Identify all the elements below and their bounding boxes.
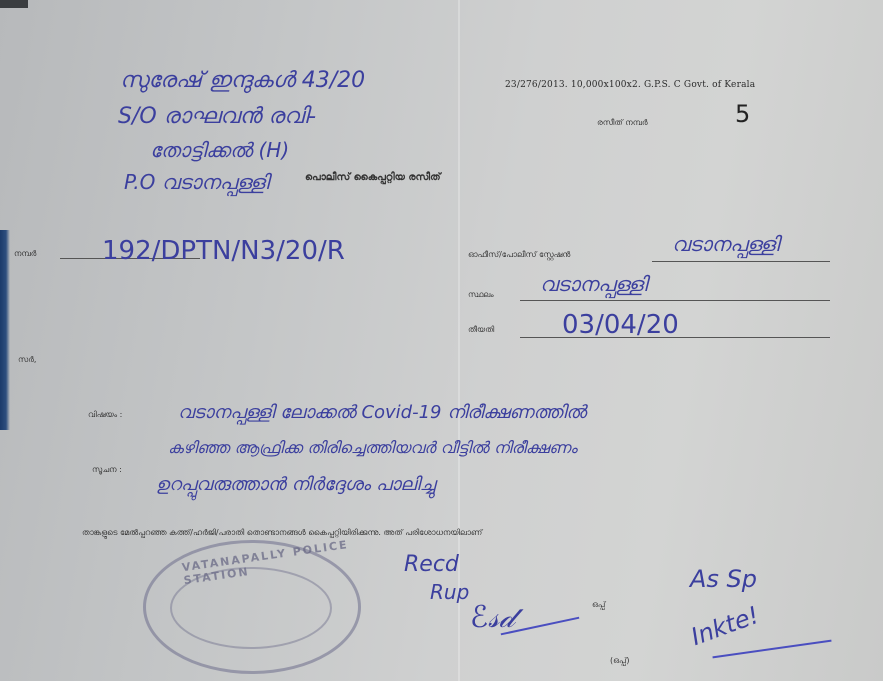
signature-label: ഒപ്പ് (592, 600, 605, 610)
office-label: ഓഫീസ്/പോലീസ് സ്റ്റേഷൻ (468, 250, 570, 260)
background-edge (0, 230, 10, 430)
office-value: വടാനപ്പള്ളി (672, 232, 779, 256)
received-signature-2: Rup (430, 580, 469, 604)
received-signature-scrawl: ℰ𝓈𝒹 (470, 600, 514, 635)
receipt-number-label: രസീത് നമ്പർ (597, 118, 648, 128)
officer-signature-stroke (712, 640, 831, 659)
place-value: വടാനപ്പള്ളി (540, 272, 647, 296)
paper-fold (458, 0, 460, 681)
place-label: സ്ഥലം (468, 290, 494, 300)
address-line-1: സുരേഷ് ഇന്ദുകൾ 43/20 (120, 68, 365, 93)
salutation: സർ, (18, 355, 36, 365)
designation-label: (ഒപ്പ്) (610, 656, 630, 666)
seal-inner-ring (170, 567, 332, 649)
office-rule (652, 261, 830, 262)
form-title: പൊലീസ് കൈപ്പറ്റിയ രസീത് (305, 172, 441, 183)
subject-label: വിഷയം : (88, 410, 122, 420)
date-label: തീയതി (468, 325, 494, 335)
officer-signature-1: As Sp (690, 565, 757, 593)
receipt-paper: സുരേഷ് ഇന്ദുകൾ 43/20 S/O രാഘവൻ രവി- തോട്… (0, 0, 883, 681)
subject-line-2: കഴിഞ്ഞ ആഫ്രിക്ക തിരിച്ചെത്തിയവർ വീട്ടിൽ … (168, 438, 577, 458)
address-line-2: S/O രാഘവൻ രവി- (118, 104, 316, 129)
subject-line-3: ഉറപ്പുവരുത്താൻ നിർദ്ദേശം പാലിച്ചു (156, 474, 435, 495)
received-signature-1: Recd (404, 552, 459, 577)
police-station-seal: VATANAPALLY POLICE STATION (143, 540, 361, 674)
officer-signature-2: Inkte! (687, 601, 762, 651)
print-info: 23/276/2013. 10,000x100x2. G.P.S. C Govt… (505, 80, 755, 90)
subject-line-1: വടാനപ്പള്ളി ലോക്കൽ Covid-19 നിരീക്ഷണത്തി… (178, 402, 586, 423)
address-line-3: തോട്ടിക്കൽ (H) (150, 138, 289, 162)
date-value: 03/04/20 (562, 310, 679, 340)
place-rule (520, 300, 830, 301)
reference-label: സൂചന : (92, 465, 122, 475)
background-edge (0, 0, 28, 8)
number-value: 192/DPTN/N3/20/R (102, 236, 345, 266)
receipt-number: 5 (735, 100, 750, 128)
number-label: നമ്പർ (14, 249, 36, 259)
acknowledgement-text: താങ്കളുടെ മേൽപ്പറഞ്ഞ കത്ത്/ഹർജി/പരാതി തൊ… (82, 528, 482, 538)
address-line-4: P.O വടാനപ്പള്ളി (124, 170, 269, 194)
